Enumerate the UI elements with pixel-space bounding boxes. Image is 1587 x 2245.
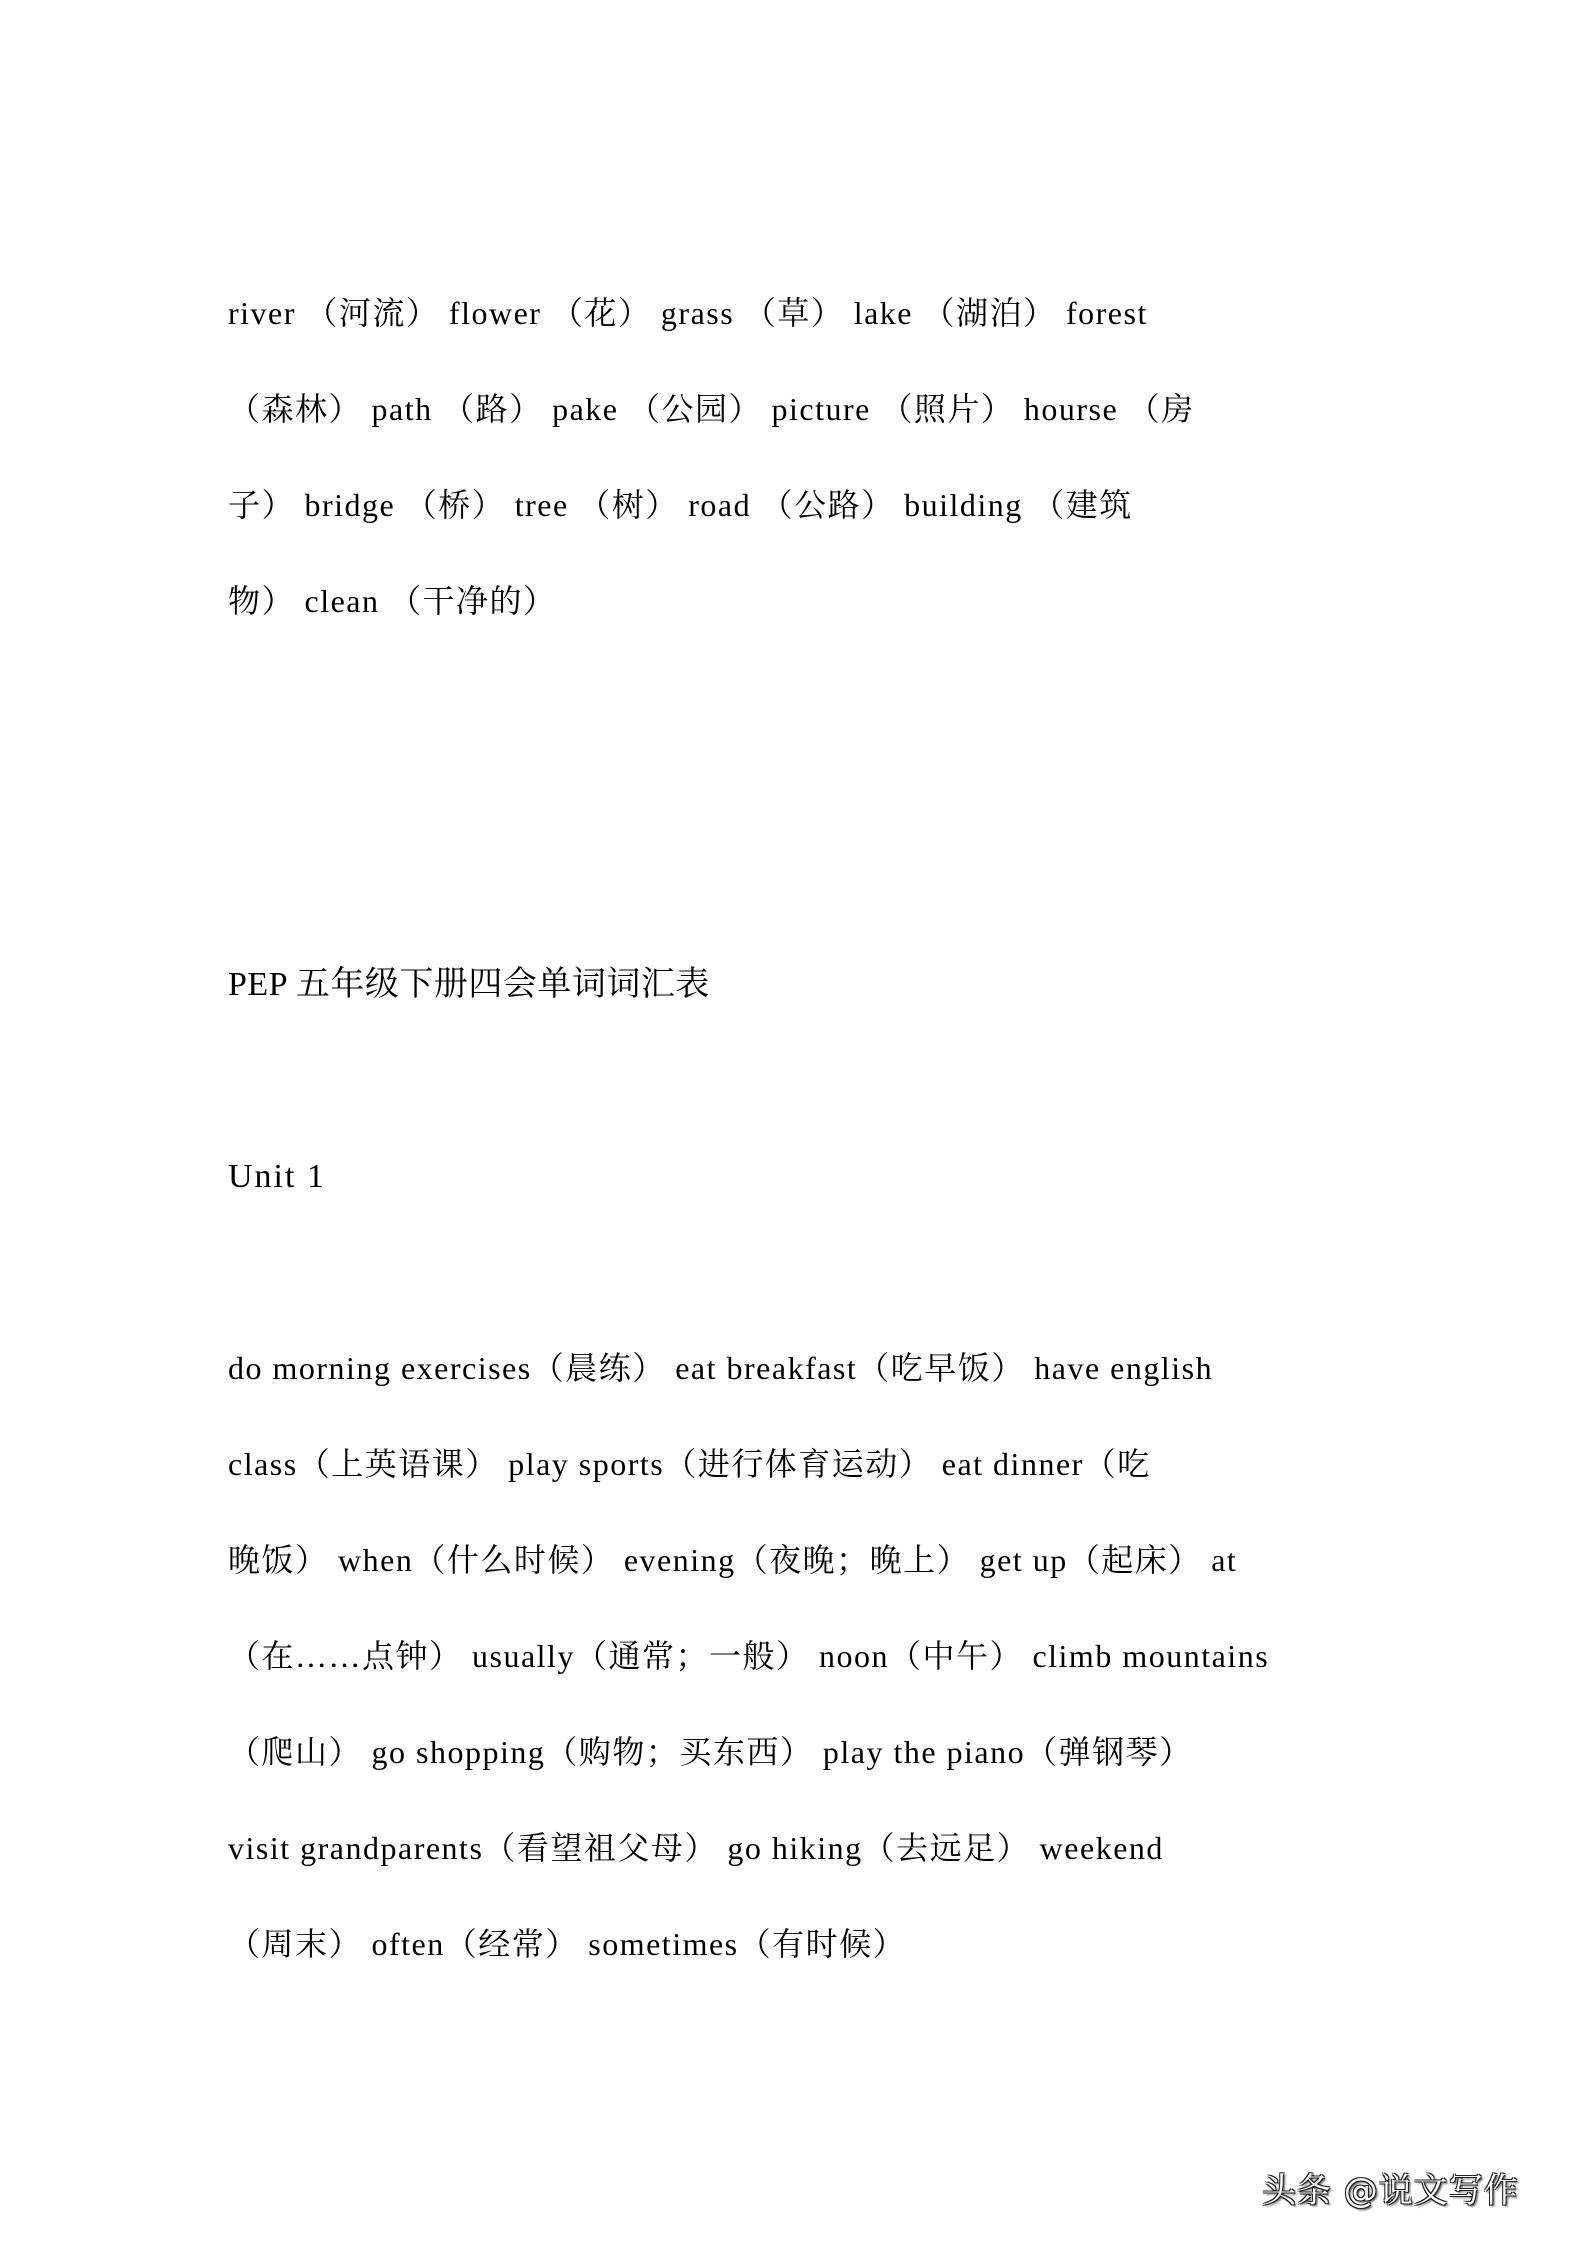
paragraph-line: 晚饭） when（什么时候） evening（夜晚；晚上） get up（起床）… (228, 1540, 1363, 1580)
paragraph-line: river （河流） flower （花） grass （草） lake （湖泊… (228, 293, 1363, 333)
unit-heading: Unit 1 (228, 1155, 326, 1199)
paragraph-line: 子） bridge （桥） tree （树） road （公路） buildin… (228, 485, 1363, 525)
watermark: 头条 @说文写作 (1262, 2168, 1519, 2214)
document-page: river （河流） flower （花） grass （草） lake （湖泊… (0, 0, 1587, 2245)
paragraph-line: class（上英语课） play sports（进行体育运动） eat dinn… (228, 1444, 1363, 1484)
paragraph-line: （森林） path （路） pake （公园） picture （照片） hou… (228, 389, 1363, 429)
paragraph-line: visit grandparents（看望祖父母） go hiking（去远足）… (228, 1828, 1363, 1868)
paragraph-line: do morning exercises（晨练） eat breakfast（吃… (228, 1348, 1363, 1388)
document-title: PEP 五年级下册四会单词词汇表 (228, 963, 710, 1007)
paragraph-line: （爬山） go shopping（购物；买东西） play the piano（… (228, 1732, 1363, 1772)
paragraph-line: （在……点钟） usually（通常；一般） noon（中午） climb mo… (228, 1636, 1363, 1676)
paragraph-line: （周末） often（经常） sometimes（有时候） (228, 1924, 1363, 1964)
paragraph-line: 物） clean （干净的） (228, 581, 1363, 621)
